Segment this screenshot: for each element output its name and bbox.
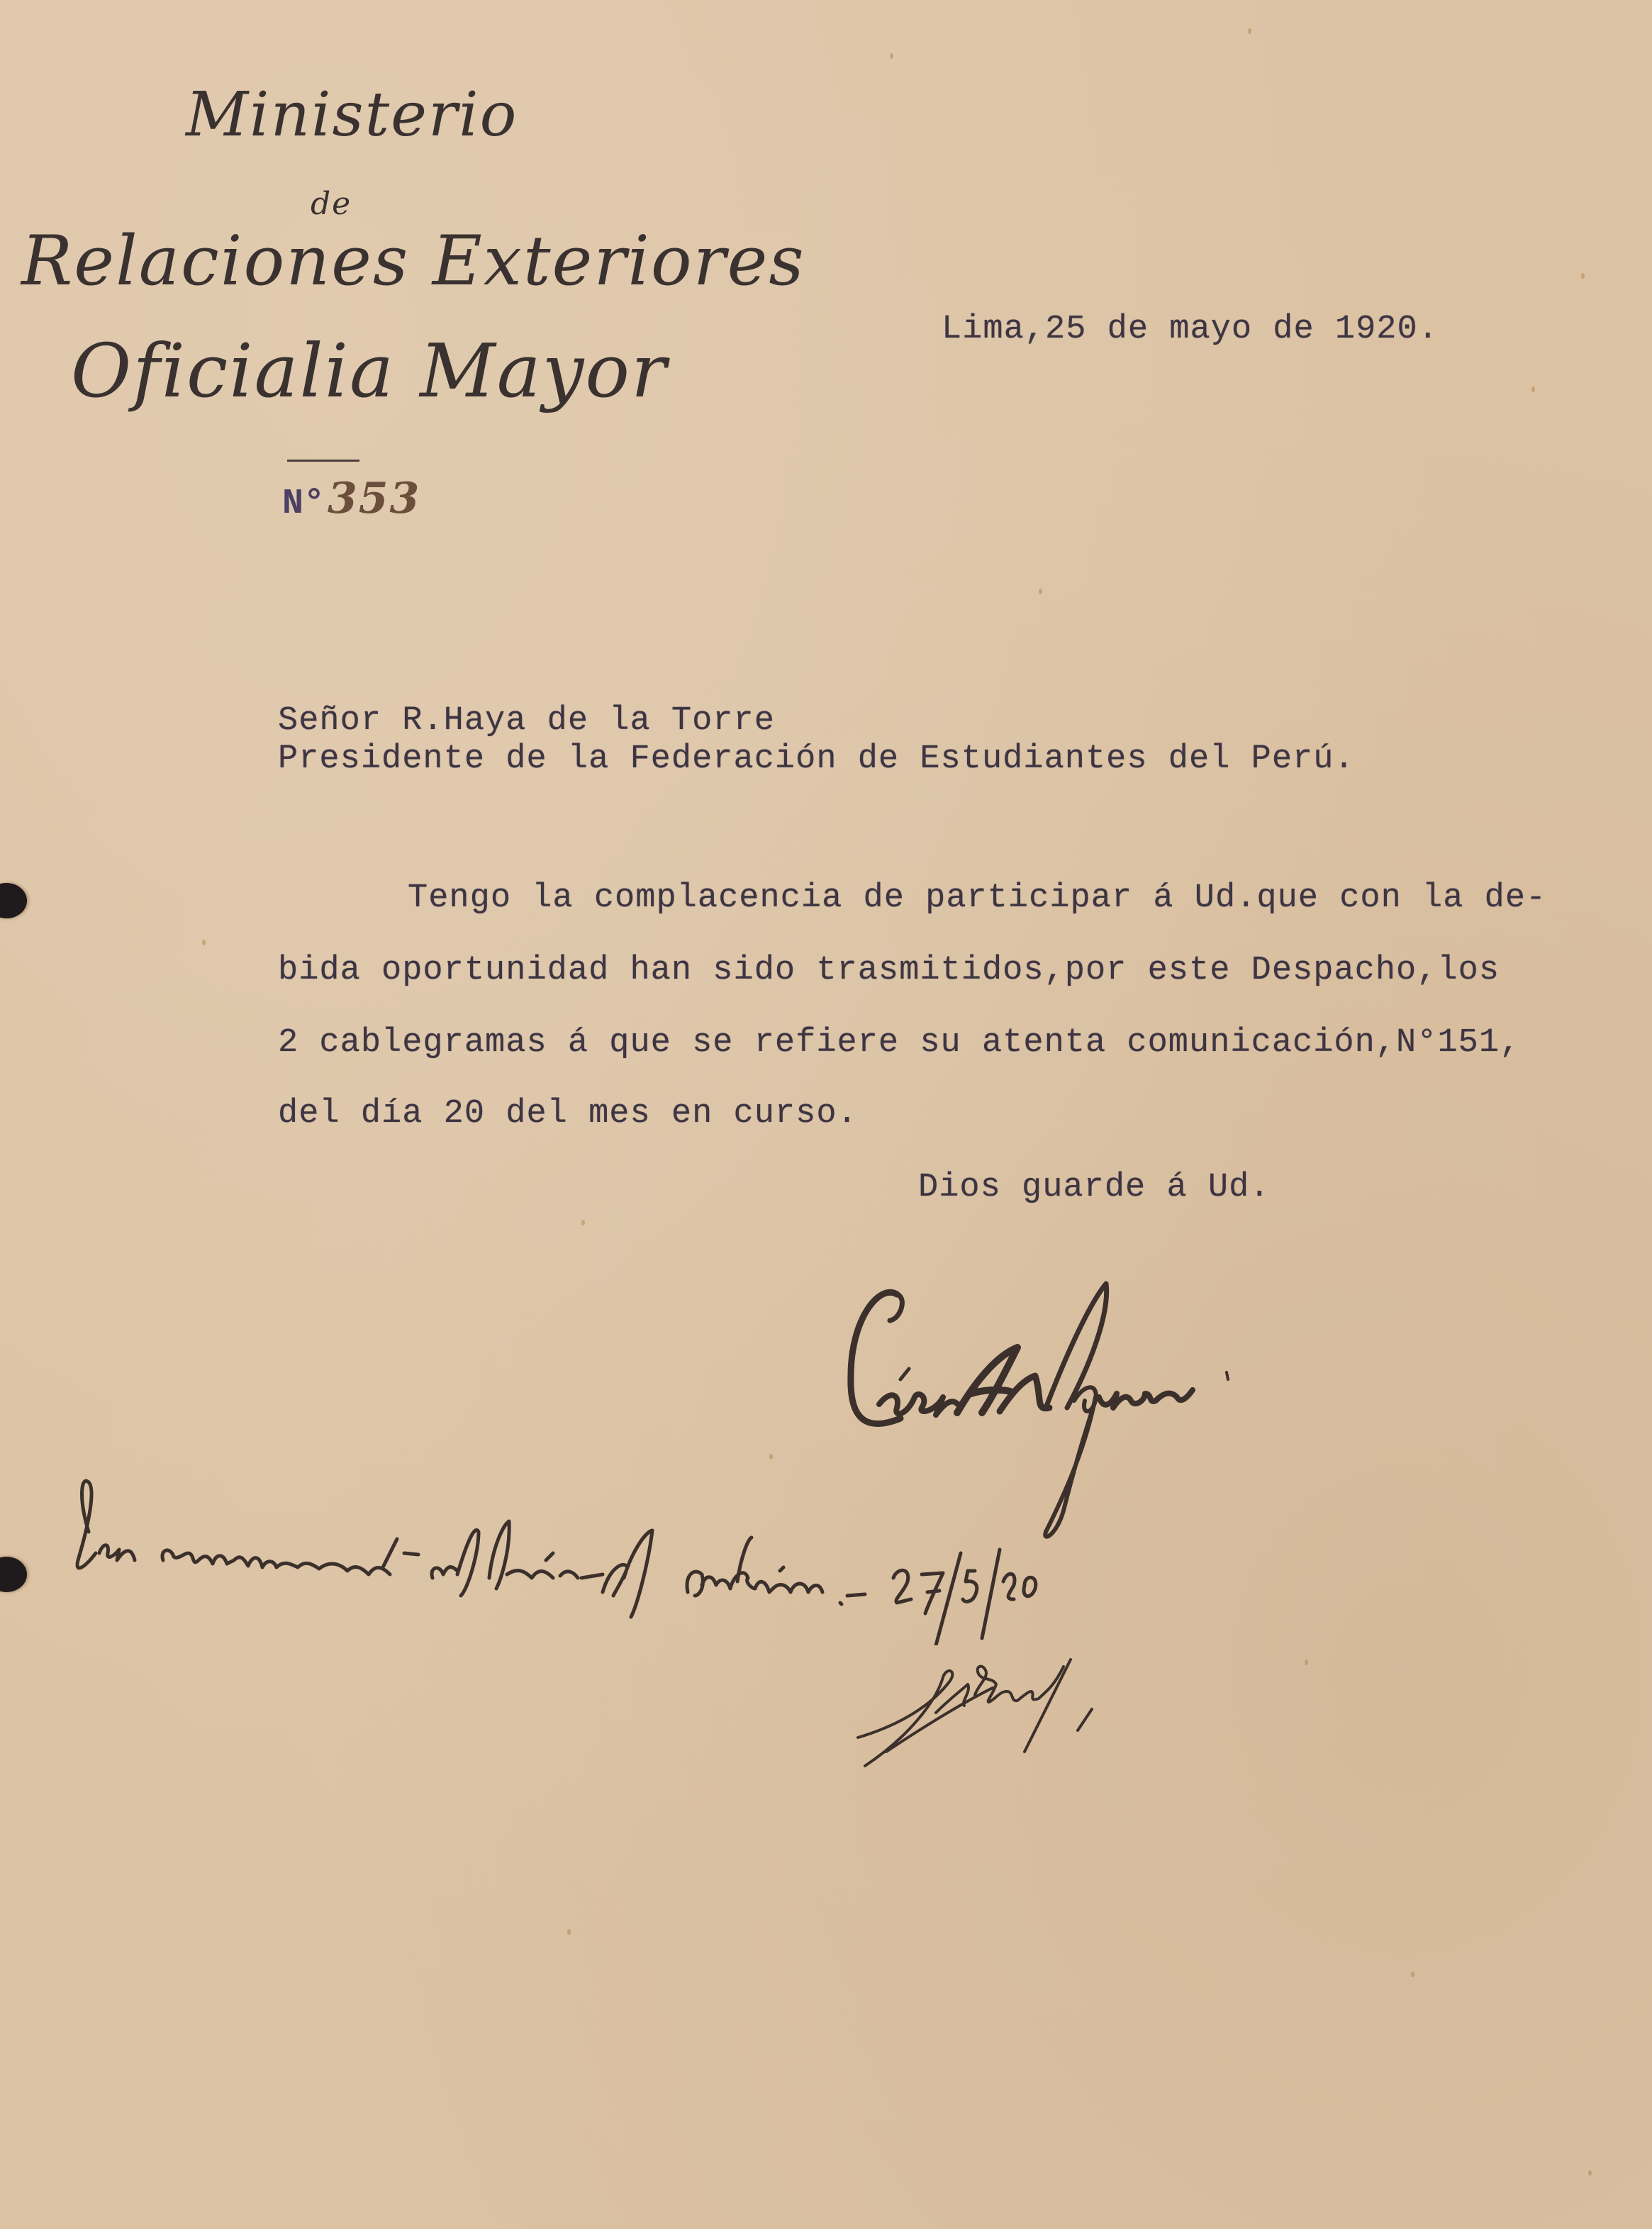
- paper-speck: [202, 940, 206, 945]
- document-number-prefix: N°: [282, 484, 325, 524]
- paper-speck: [567, 1929, 571, 1935]
- paper-speck: [581, 1220, 585, 1225]
- punch-hole: [0, 883, 27, 918]
- paper-speck: [890, 53, 893, 59]
- paper-speck: [1039, 589, 1042, 594]
- paper-speck: [1588, 2170, 1592, 2176]
- handwritten-annotation-strokes: [64, 1454, 1212, 1645]
- letterhead-divider: [287, 460, 359, 462]
- paper-speck: [1411, 1972, 1414, 1977]
- document-number-value: 353: [328, 474, 420, 523]
- body-line: del día 20 del mes en curso.: [278, 1095, 858, 1133]
- addressee-title: Presidente de la Federación de Estudiant…: [278, 740, 1355, 778]
- body-line: bida oportunidad han sido trasmitidos,po…: [278, 952, 1500, 989]
- body-line: Tengo la complacencia de participar á Ud…: [408, 879, 1546, 917]
- paper-speck: [1305, 1660, 1308, 1665]
- initials-strokes: [837, 1624, 1149, 1780]
- addressee-name: Señor R.Haya de la Torre: [278, 702, 775, 740]
- letterhead-foreign-relations: Relaciones Exteriores: [21, 221, 805, 301]
- punch-hole: [0, 1557, 27, 1592]
- closing-salutation: Dios guarde á Ud.: [918, 1169, 1270, 1206]
- document-number: N° 353: [282, 474, 420, 530]
- letterhead-de: de: [311, 186, 352, 222]
- paper-speck: [1248, 28, 1251, 34]
- letterhead-office: Oficialia Mayor: [71, 328, 668, 414]
- paper-speck: [1531, 387, 1535, 392]
- body-line: 2 cablegramas á que se refiere su atenta…: [278, 1024, 1520, 1062]
- letterhead-ministry: Ministerio: [186, 79, 518, 150]
- letter-date: Lima,25 de mayo de 1920.: [942, 311, 1439, 348]
- paper-speck: [1581, 273, 1585, 279]
